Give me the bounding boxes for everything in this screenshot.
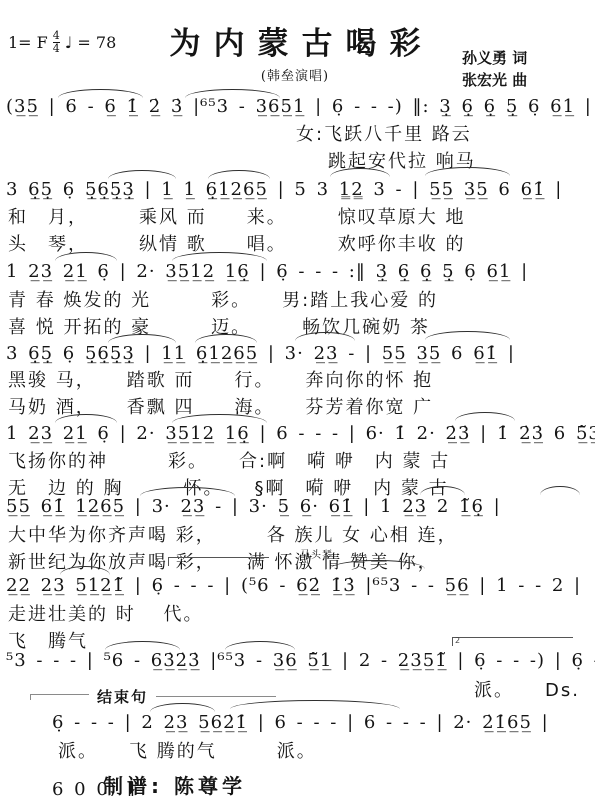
ending-bracket-right	[156, 696, 276, 697]
lyric-line-5a: 飞扬你的神 彩。 合:啊 嗬 咿 内 蒙 古	[8, 447, 450, 473]
slur-arc	[540, 486, 580, 495]
time-signature: 4 4	[53, 30, 60, 54]
slur-arc	[105, 641, 180, 650]
volta-number: 2	[455, 636, 460, 645]
lyric-line-4a: 黑骏 马， 踏歌 而 行。 奔向你的怀 抱	[8, 366, 433, 392]
slur-arc	[58, 89, 143, 98]
slur-arc	[455, 412, 515, 421]
slur-arc	[208, 170, 270, 179]
time-signature-denominator: 4	[53, 42, 60, 55]
tempo-marking: ♩ = 78	[65, 33, 116, 52]
slur-arc	[420, 486, 465, 495]
key-time-tempo: 1= F 4 4 ♩ = 78	[8, 30, 116, 54]
engraver-credit: 制谱: 陈尊学	[103, 770, 246, 796]
slur-arc	[425, 331, 510, 340]
time-signature-numerator: 4	[53, 30, 60, 42]
notation-line-1: (3̲5̲ | 6 - 6̲ 1̲̇ 2̲̇ 3̲̇ |⁶⁵3 - 3̲6̲5̲…	[6, 96, 592, 117]
slur-arc	[225, 641, 295, 650]
slur-arc	[185, 89, 280, 98]
sheet-music-page: 1= F 4 4 ♩ = 78 为内蒙古喝彩 (韩垒演唱) 孙义勇 词 张宏光 …	[0, 0, 595, 796]
lyric-line-7a: 走进壮美的 时 代。	[8, 600, 203, 626]
notation-line-4: 3 6̲̣5̲̣ 6̣ 5̲̣6̲̣5̲̣3̲̣ | 1̲1̲ 6̲̣1̲2̲6…	[6, 343, 515, 364]
notation-line-6: 5̲5̲ 6̲1̲̇ 1̲2̲6̲5̲ | 3· 2̲3̲ - | 3· 5̲ …	[6, 496, 501, 517]
lyric-line-6a: 大中华为你齐声喝 彩， 各 族儿 女 心相 连，	[8, 521, 458, 547]
notation-line-8: ⁵3 - - - | ⁵6 - 6̲3̲̇2̲̇3̲̇ |⁶⁵3 - 3̲6̲ …	[6, 650, 595, 671]
composer-credit: 张宏光 曲	[462, 70, 527, 92]
title-block: 为内蒙古喝彩 (韩垒演唱)	[130, 18, 460, 84]
lyric-line-9a: 派。 飞 腾的气 派。	[58, 737, 317, 763]
volta-bracket-2: 2	[452, 637, 573, 646]
performer-note: (韩垒演唱)	[130, 65, 460, 84]
ending-phrase-label: 结束句	[97, 686, 148, 707]
lyric-line-3a: 青 春 焕发的 光 彩。 男:踏上我心爱 的	[8, 286, 438, 312]
slur-arc	[108, 170, 176, 179]
lyric-line-2a: 和 月， 乘风 而 来。 惊叹草原大 地	[8, 203, 465, 229]
ending-bracket-left	[30, 694, 89, 700]
notation-line-5: 1 2̲3̲ 2̲1̲ 6̣ | 2· 3̲5̲1̲2̲ 1̲6̲̣ | 6 -…	[6, 423, 595, 444]
lyric-line-8a: 派。 Ds.	[474, 676, 580, 702]
notation-line-9: 6̣ - - - | 2 2̲3̲ 5̲6̲2̲̇1̲̇ | 6 - - - |…	[52, 712, 549, 733]
credits-block: 孙义勇 词 张宏光 曲	[462, 48, 527, 92]
notation-line-7: 2̲2̲ 2̲3̲ 5̲1̲2̲1̲̃ | 6̣ - - - | (⁵6 - 6…	[6, 575, 581, 596]
notation-line-3: 1 2̲3̲ 2̲1̲ 6̣ | 2· 3̲5̲1̲2̲ 1̲6̲̣ | 6̣ …	[6, 261, 528, 282]
instrument-label: 马头琴	[300, 546, 333, 561]
lyricist-credit: 孙义勇 词	[462, 48, 527, 70]
notation-line-2: 3 6̲̣5̲̣ 6̣ 5̲̣6̲̣5̲̣3̲̣ | 1̲ 1̲ 6̲̣1̲2̲…	[6, 179, 562, 200]
key-signature: 1= F	[8, 33, 48, 52]
song-title: 为内蒙古喝彩	[130, 18, 460, 63]
volta-bracket-1	[168, 557, 269, 566]
lyric-line-1a: 女:飞跃八千里 路云	[296, 120, 472, 146]
